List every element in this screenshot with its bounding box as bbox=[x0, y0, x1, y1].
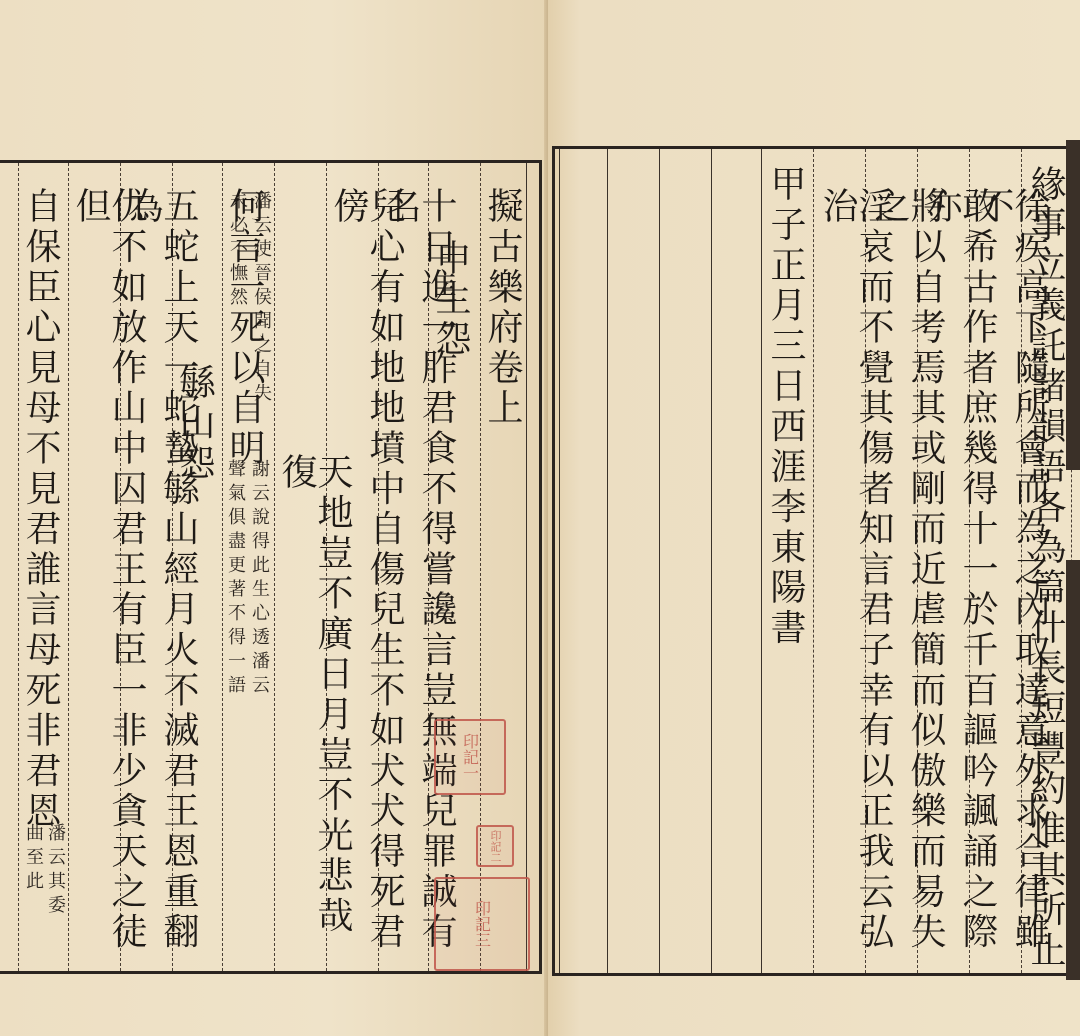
volume-title: 擬古樂府卷上 bbox=[484, 187, 520, 429]
preface-signature: 甲子正月三日西涯李東陽書 bbox=[767, 165, 803, 649]
column-rule bbox=[761, 149, 762, 973]
page-edge-shadow bbox=[1066, 140, 1080, 470]
red-seal-stamp: 印記三 bbox=[434, 877, 530, 971]
column-rule bbox=[526, 163, 527, 971]
column-rule bbox=[813, 149, 814, 973]
left-page: 擬古樂府卷上 申生怨 十日進一胙君食不得嘗讒言豈無端兒罪誠有名 兒心有如地地墳中… bbox=[0, 0, 548, 1036]
column-rule bbox=[68, 163, 69, 971]
page-edge-shadow bbox=[1066, 560, 1080, 980]
column-rule bbox=[659, 149, 660, 973]
red-seal-stamp: 印記一 bbox=[434, 719, 506, 795]
commentary-poem2-left: 曲至此 bbox=[24, 823, 42, 895]
column-rule bbox=[559, 149, 560, 973]
commentary-poem2-right: 潘云其委 bbox=[46, 823, 64, 919]
poem2-line-2: 仇不如放作山中囚君王有臣一非少貪天之徒但 bbox=[72, 187, 144, 971]
column-rule bbox=[222, 163, 223, 971]
column-rule bbox=[711, 149, 712, 973]
preface-line-5: 淫哀而不覺其傷者知言君子幸有以正我云弘治 bbox=[819, 187, 891, 973]
commentary-xie-left: 聲氣俱盡更著不得一語 bbox=[226, 459, 244, 699]
poem1-line-3: 天地豈不廣日月豈不光悲哉復 bbox=[278, 453, 350, 971]
right-page-frame: 緣事立義託諸韻語各為篇什長短豐約惟其所止 徐疾高下隨所會而為之內取達意外求合律雖… bbox=[552, 146, 1080, 976]
column-rule bbox=[274, 163, 275, 971]
column-rule bbox=[18, 163, 19, 971]
red-seal-stamp: 印記二 bbox=[476, 825, 514, 867]
poem1-line-4: 何言一死以自明 bbox=[226, 187, 262, 469]
poem2-line-3: 自保臣心見母不見君誰言母死非君恩 bbox=[22, 187, 58, 832]
left-page-frame: 擬古樂府卷上 申生怨 十日進一胙君食不得嘗讒言豈無端兒罪誠有名 兒心有如地地墳中… bbox=[0, 160, 542, 974]
column-rule bbox=[607, 149, 608, 973]
commentary-xie-right: 謝云說得此生心透潘云 bbox=[250, 459, 268, 699]
